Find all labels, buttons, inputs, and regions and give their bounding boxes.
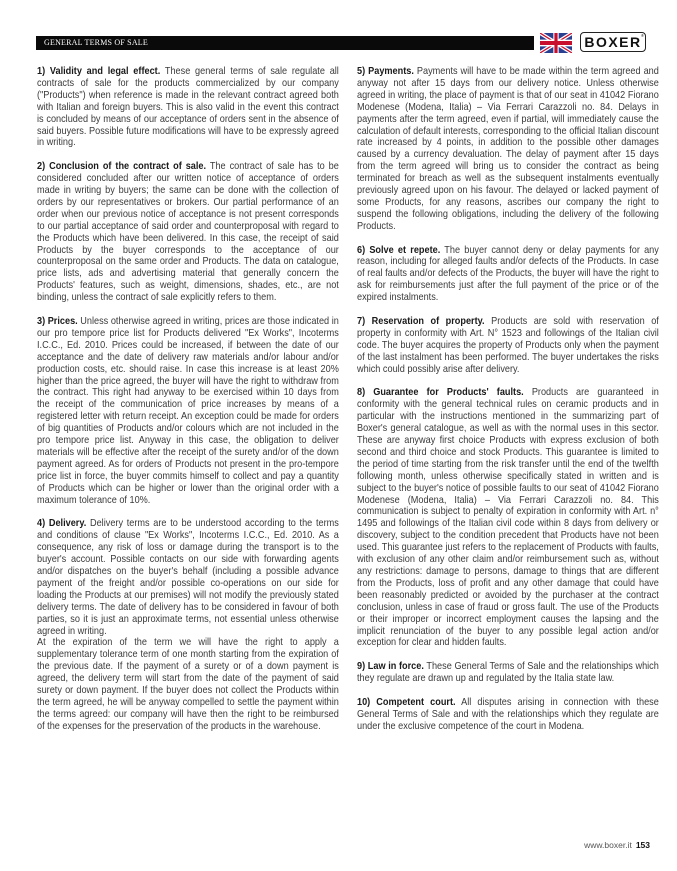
section-paragraph: 10) Competent court. All disputes arisin…: [357, 697, 659, 733]
left-column: 1) Validity and legal effect. These gene…: [37, 66, 339, 745]
section-paragraph: 6) Solve et repete. The buyer cannot den…: [357, 245, 659, 305]
section-title: 8) Guarantee for Products' faults.: [357, 387, 524, 398]
section-paragraph: At the expiration of the term we will ha…: [37, 637, 339, 732]
section-paragraph: 8) Guarantee for Products' faults. Produ…: [357, 387, 659, 649]
section-title: 10) Competent court.: [357, 697, 456, 708]
section-body: These general terms of sale regulate all…: [37, 66, 339, 148]
boxer-logo: BOXER ®: [580, 32, 646, 52]
section-body: Payments will have to be made within the…: [357, 66, 659, 232]
section-payments: 5) Payments. Payments will have to be ma…: [357, 66, 659, 233]
section-validity: 1) Validity and legal effect. These gene…: [37, 66, 339, 149]
page-title: GENERAL TERMS OF SALE: [44, 38, 148, 47]
section-prices: 3) Prices. Unless otherwise agreed in wr…: [37, 316, 339, 507]
section-guarantee: 8) Guarantee for Products' faults. Produ…: [357, 387, 659, 649]
logo-text: BOXER: [584, 34, 641, 50]
header-bar: GENERAL TERMS OF SALE: [36, 36, 534, 50]
section-title: 2) Conclusion of the contract of sale.: [37, 161, 206, 172]
section-paragraph: 7) Reservation of property. Products are…: [357, 316, 659, 376]
right-column: 5) Payments. Payments will have to be ma…: [357, 66, 659, 745]
section-title: 5) Payments.: [357, 66, 414, 77]
section-paragraph: 3) Prices. Unless otherwise agreed in wr…: [37, 316, 339, 507]
section-paragraph: 4) Delivery. Delivery terms are to be un…: [37, 518, 339, 637]
section-body: Unless otherwise agreed in writing, pric…: [37, 316, 339, 506]
uk-flag-icon: [540, 33, 572, 53]
website-link[interactable]: www.boxer.it: [584, 840, 632, 850]
section-body: The contract of sale has to be considere…: [37, 161, 339, 303]
section-paragraph: 9) Law in force. These General Terms of …: [357, 661, 659, 685]
section-title: 4) Delivery.: [37, 518, 86, 529]
section-solve-et-repete: 6) Solve et repete. The buyer cannot den…: [357, 245, 659, 305]
section-title: 9) Law in force.: [357, 661, 424, 672]
section-paragraph: 5) Payments. Payments will have to be ma…: [357, 66, 659, 233]
section-conclusion: 2) Conclusion of the contract of sale. T…: [37, 161, 339, 304]
registered-mark: ®: [641, 33, 644, 38]
section-title: 1) Validity and legal effect.: [37, 66, 160, 77]
section-paragraph: 1) Validity and legal effect. These gene…: [37, 66, 339, 149]
section-reservation: 7) Reservation of property. Products are…: [357, 316, 659, 376]
section-body: Products are guaranteed in conformity wi…: [357, 387, 659, 648]
section-title: 3) Prices.: [37, 316, 78, 327]
page-footer: www.boxer.it153: [540, 840, 650, 850]
section-title: 7) Reservation of property.: [357, 316, 485, 327]
section-paragraph: 2) Conclusion of the contract of sale. T…: [37, 161, 339, 304]
section-law: 9) Law in force. These General Terms of …: [357, 661, 659, 685]
section-title: 6) Solve et repete.: [357, 245, 440, 256]
page-number: 153: [636, 840, 650, 850]
section-delivery: 4) Delivery. Delivery terms are to be un…: [37, 518, 339, 732]
section-court: 10) Competent court. All disputes arisin…: [357, 697, 659, 733]
section-body: Delivery terms are to be understood acco…: [37, 518, 339, 636]
